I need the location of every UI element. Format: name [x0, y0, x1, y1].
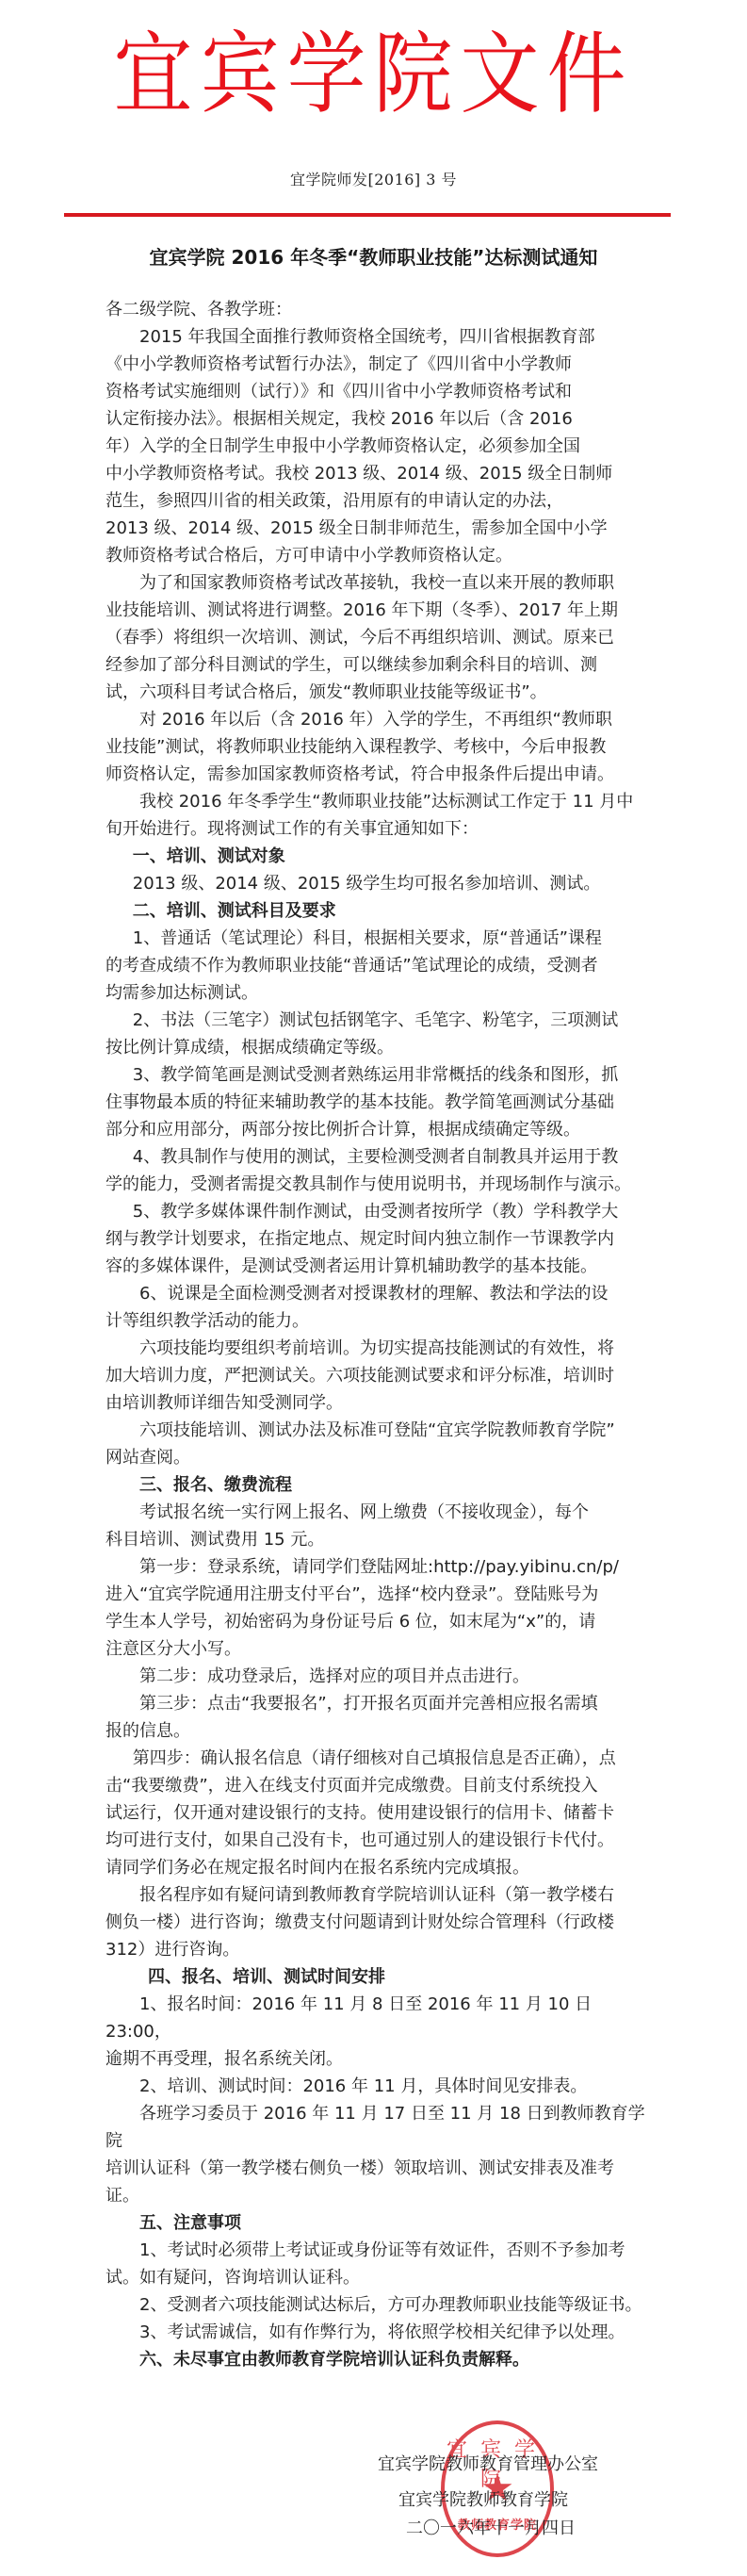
paragraph: 5、教学多媒体课件制作测试，由受测者按所学（教）学科教学大 纲与教学计划要求，在…	[106, 1198, 652, 1280]
section-heading: 四、报名、培训、测试时间安排	[106, 1963, 652, 1991]
paragraph: 1、考试时必须带上考试证或身份证等有效证件，否则不予参加考 试。如有疑问，咨询培…	[106, 2237, 652, 2291]
paragraph: 各二级学院、各教学班：	[106, 296, 652, 323]
signature-org-1: 宜宾学院教师教育管理办公室	[378, 2449, 598, 2481]
paragraph: 为了和国家教师资格考试改革接轨，我校一直以来开展的教师职 业技能培训、测试将进行…	[106, 569, 652, 706]
paragraph: 对 2016 年以后（含 2016 年）入学的学生，不再组织“教师职 业技能”测…	[106, 706, 652, 788]
paragraph: 3、考试需诚信，如有作弊行为，将依照学校相关纪律予以处理。	[106, 2319, 652, 2346]
notice-body: 各二级学院、各教学班：2015 年我国全面推行教师资格全国统考，四川省根据教育部…	[106, 296, 652, 2373]
paragraph: 6、说课是全面检测受测者对授课教材的理解、教法和学法的设 计等组织教学活动的能力…	[106, 1280, 652, 1335]
paragraph: 4、教具制作与使用的测试，主要检测受测者自制教具并运用于教 学的能力，受测者需提…	[106, 1143, 652, 1198]
paragraph: 第三步：点击“我要报名”，打开报名页面并完善相应报名需填 报的信息。	[106, 1690, 652, 1745]
paragraph: 报名程序如有疑问请到教师教育学院培训认证科（第一教学楼右 侧负一楼）进行咨询；缴…	[106, 1881, 652, 1963]
section-heading: 六、未尽事宜由教师教育学院培训认证科负责解释。	[106, 2346, 652, 2373]
masthead-title: 宜宾学院文件	[0, 17, 747, 131]
paragraph: 2015 年我国全面推行教师资格全国统考，四川省根据教育部 《中小学教师资格考试…	[106, 323, 652, 569]
signature-date: 二〇一六年十一月四日	[406, 2513, 576, 2545]
notice-title: 宜宾学院 2016 年冬季“教师职业技能”达标测试通知	[0, 243, 747, 271]
section-heading: 五、注意事项	[106, 2209, 652, 2237]
paragraph: 考试报名统一实行网上报名、网上缴费（不接收现金），每个 科目培训、测试费用 15…	[106, 1499, 652, 1553]
section-heading: 一、培训、测试对象	[106, 843, 652, 870]
paragraph: 我校 2016 年冬季学生“教师职业技能”达标测试工作定于 11 月中 旬开始进…	[106, 788, 652, 843]
paragraph: 2、培训、测试时间：2016 年 11 月，具体时间见安排表。	[106, 2073, 652, 2100]
paragraph: 各班学习委员于 2016 年 11 月 17 日至 11 月 18 日到教师教育…	[106, 2100, 652, 2209]
paragraph: 3、教学简笔画是测试受测者熟练运用非常概括的线条和图形，抓 住事物最本质的特征来…	[106, 1061, 652, 1143]
paragraph: 第二步：成功登录后，选择对应的项目并点击进行。	[106, 1663, 652, 1690]
section-heading: 二、培训、测试科目及要求	[106, 897, 652, 925]
paragraph: 第一步：登录系统，请同学们登陆网址:http://pay.yibinu.cn/p…	[106, 1553, 652, 1663]
paragraph: 1、普通话（笔试理论）科目，根据相关要求，原“普通话”课程 的考查成绩不作为教师…	[106, 925, 652, 1007]
red-divider	[64, 213, 671, 217]
document-number: 宜学院师发[2016] 3 号	[0, 170, 747, 190]
paragraph: 2、受测者六项技能测试达标后，方可办理教师职业技能等级证书。	[106, 2291, 652, 2319]
paragraph: 1、报名时间：2016 年 11 月 8 日至 2016 年 11 月 10 日…	[106, 1991, 652, 2073]
paragraph: 2013 级、2014 级、2015 级学生均可报名参加培训、测试。	[106, 870, 652, 897]
signature-org-2: 宜宾学院教师教育学院	[398, 2485, 568, 2517]
paragraph: 六项技能培训、测试办法及标准可登陆“宜宾学院教师教育学院” 网站查阅。	[106, 1417, 652, 1471]
paragraph: 第四步：确认报名信息（请仔细核对自己填报信息是否正确），点 击“我要缴费”，进入…	[106, 1745, 652, 1881]
paragraph: 六项技能均要组织考前培训。为切实提高技能测试的有效性，将 加大培训力度，严把测试…	[106, 1335, 652, 1417]
section-heading: 三、报名、缴费流程	[106, 1471, 652, 1499]
paragraph: 2、书法（三笔字）测试包括钢笔字、毛笔字、粉笔字，三项测试 按比例计算成绩，根据…	[106, 1007, 652, 1061]
